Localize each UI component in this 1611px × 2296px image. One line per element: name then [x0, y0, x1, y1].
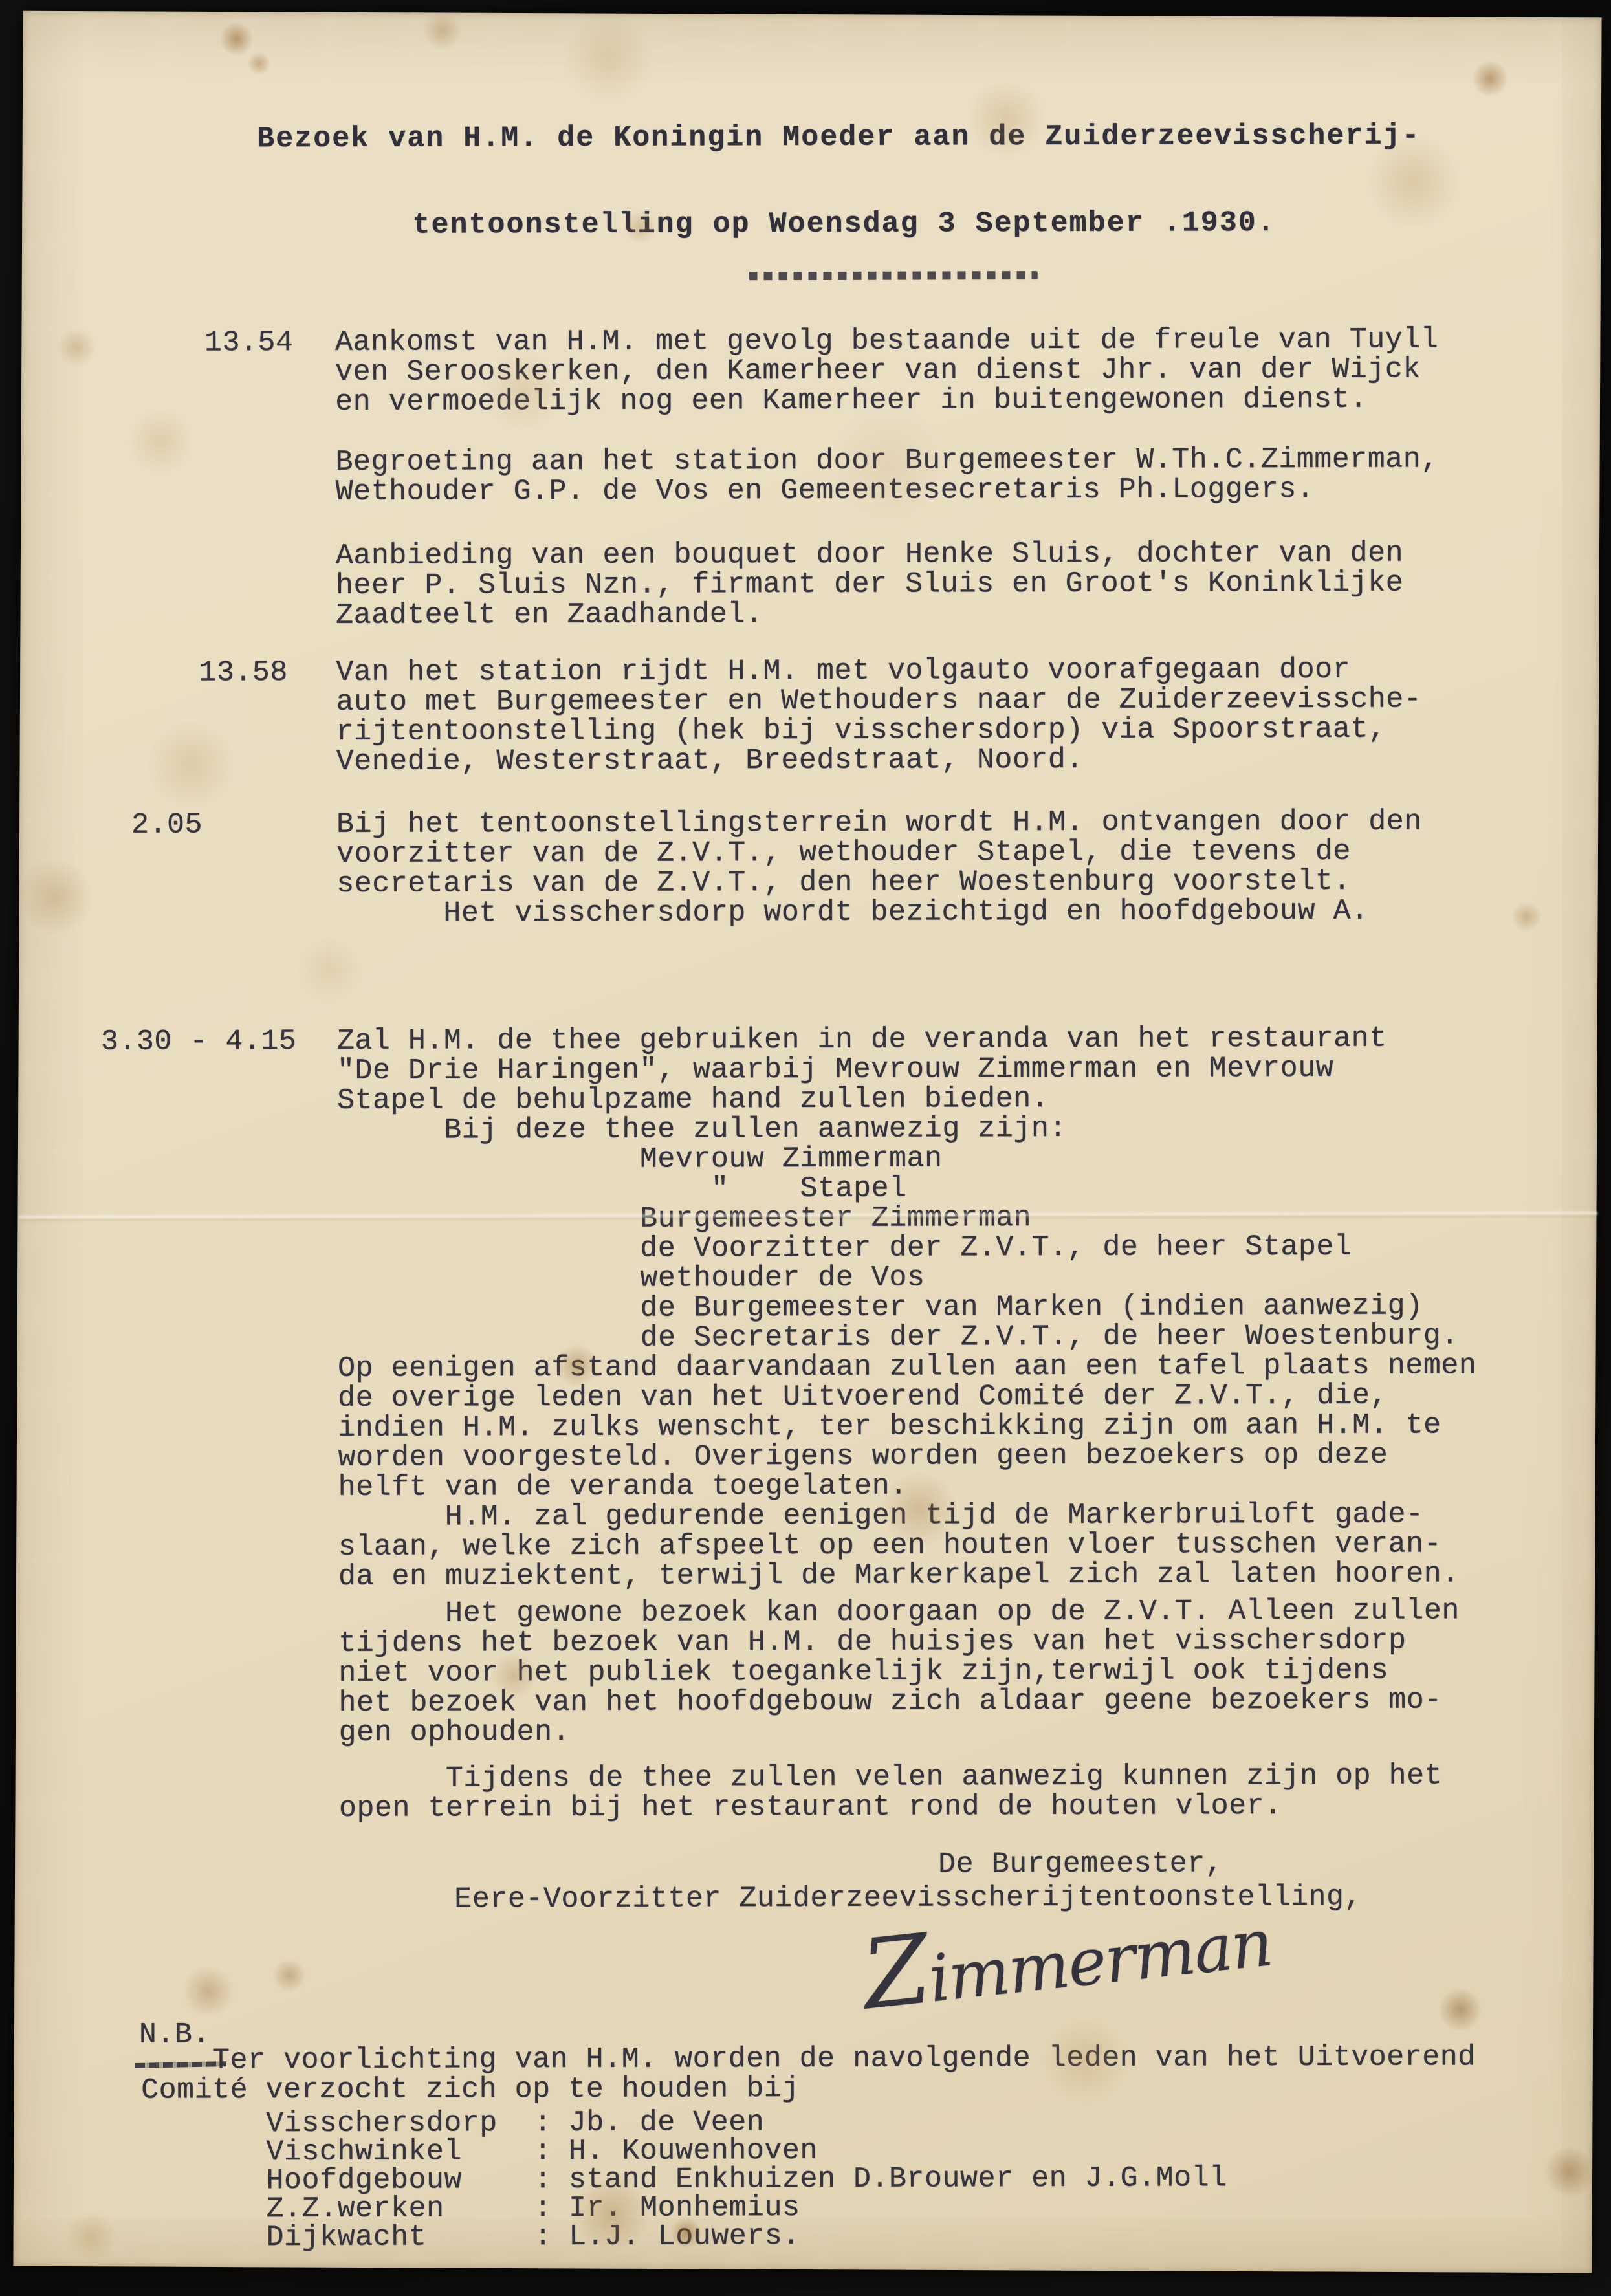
nb-location: Vischwinkel: [266, 2137, 534, 2167]
time-label-205: 2.05: [131, 810, 203, 840]
dashed-divider: [749, 271, 1038, 280]
nb-person: L.J. Louwers.: [569, 2222, 800, 2252]
closing-role-line1: De Burgemeester,: [938, 1849, 1223, 1879]
paragraph-tea-crowd: Tijdens de thee zullen velen aanwezig ku…: [339, 1761, 1443, 1823]
paragraph-bouquet: Aanbieding van een bouquet door Henke Sl…: [336, 539, 1404, 631]
paragraph-tea: Zal H.M. de thee gebruiken in de veranda…: [337, 1023, 1478, 1592]
typewritten-content: Bezoek van H.M. de Koningin Moeder aan d…: [16, 12, 1601, 2271]
paragraph-arrival: Aankomst van H.M. met gevolg bestaande u…: [335, 325, 1439, 417]
document-title-line2: tentoonstelling op Woensdag 3 September …: [412, 208, 1275, 240]
document-page: Bezoek van H.M. de Koningin Moeder aan d…: [13, 11, 1601, 2273]
nb-person: stand Enkhuizen D.Brouwer en J.G.Moll: [569, 2163, 1227, 2195]
paragraph-reception: Bij het tentoonstellingsterrein wordt H.…: [336, 807, 1422, 929]
nb-location: Z.Z.werken: [266, 2194, 534, 2224]
time-label-1354: 13.54: [204, 328, 294, 358]
paragraph-public-visit: Het gewone bezoek kan doorgaan op de Z.V…: [338, 1596, 1460, 1748]
nb-person: Jb. de Veen: [569, 2108, 765, 2138]
nb-colon: :: [534, 2194, 552, 2224]
document-title-line1: Bezoek van H.M. de Koningin Moeder aan d…: [257, 122, 1420, 155]
nb-colon: :: [534, 2137, 552, 2167]
nb-intro: Ter voorlichting van H.M. worden de navo…: [141, 2042, 1476, 2105]
nb-location: Visschersdorp: [266, 2108, 534, 2139]
nb-location: Hoofdgebouw: [266, 2165, 534, 2196]
nb-colon: :: [534, 2165, 552, 2195]
nb-colon: :: [534, 2108, 552, 2138]
nb-person: Ir. Monhemius: [569, 2193, 800, 2224]
paragraph-greeting: Begroeting aan het station door Burgemee…: [335, 444, 1439, 507]
time-label-1358: 13.58: [199, 658, 288, 688]
paragraph-drive: Van het station rijdt H.M. met volgauto …: [336, 655, 1421, 777]
nb-colon: :: [534, 2222, 553, 2252]
time-label-330-415: 3.30 - 4.15: [101, 1027, 297, 1057]
nb-location: Dijkwacht: [267, 2222, 534, 2253]
nb-assignment-row: Dijkwacht:L.J. Louwers.: [267, 2222, 800, 2253]
scan-background: { "document": { "title_line1": "Bezoek v…: [0, 0, 1611, 2296]
nb-person: H. Kouwenhoven: [569, 2136, 818, 2167]
